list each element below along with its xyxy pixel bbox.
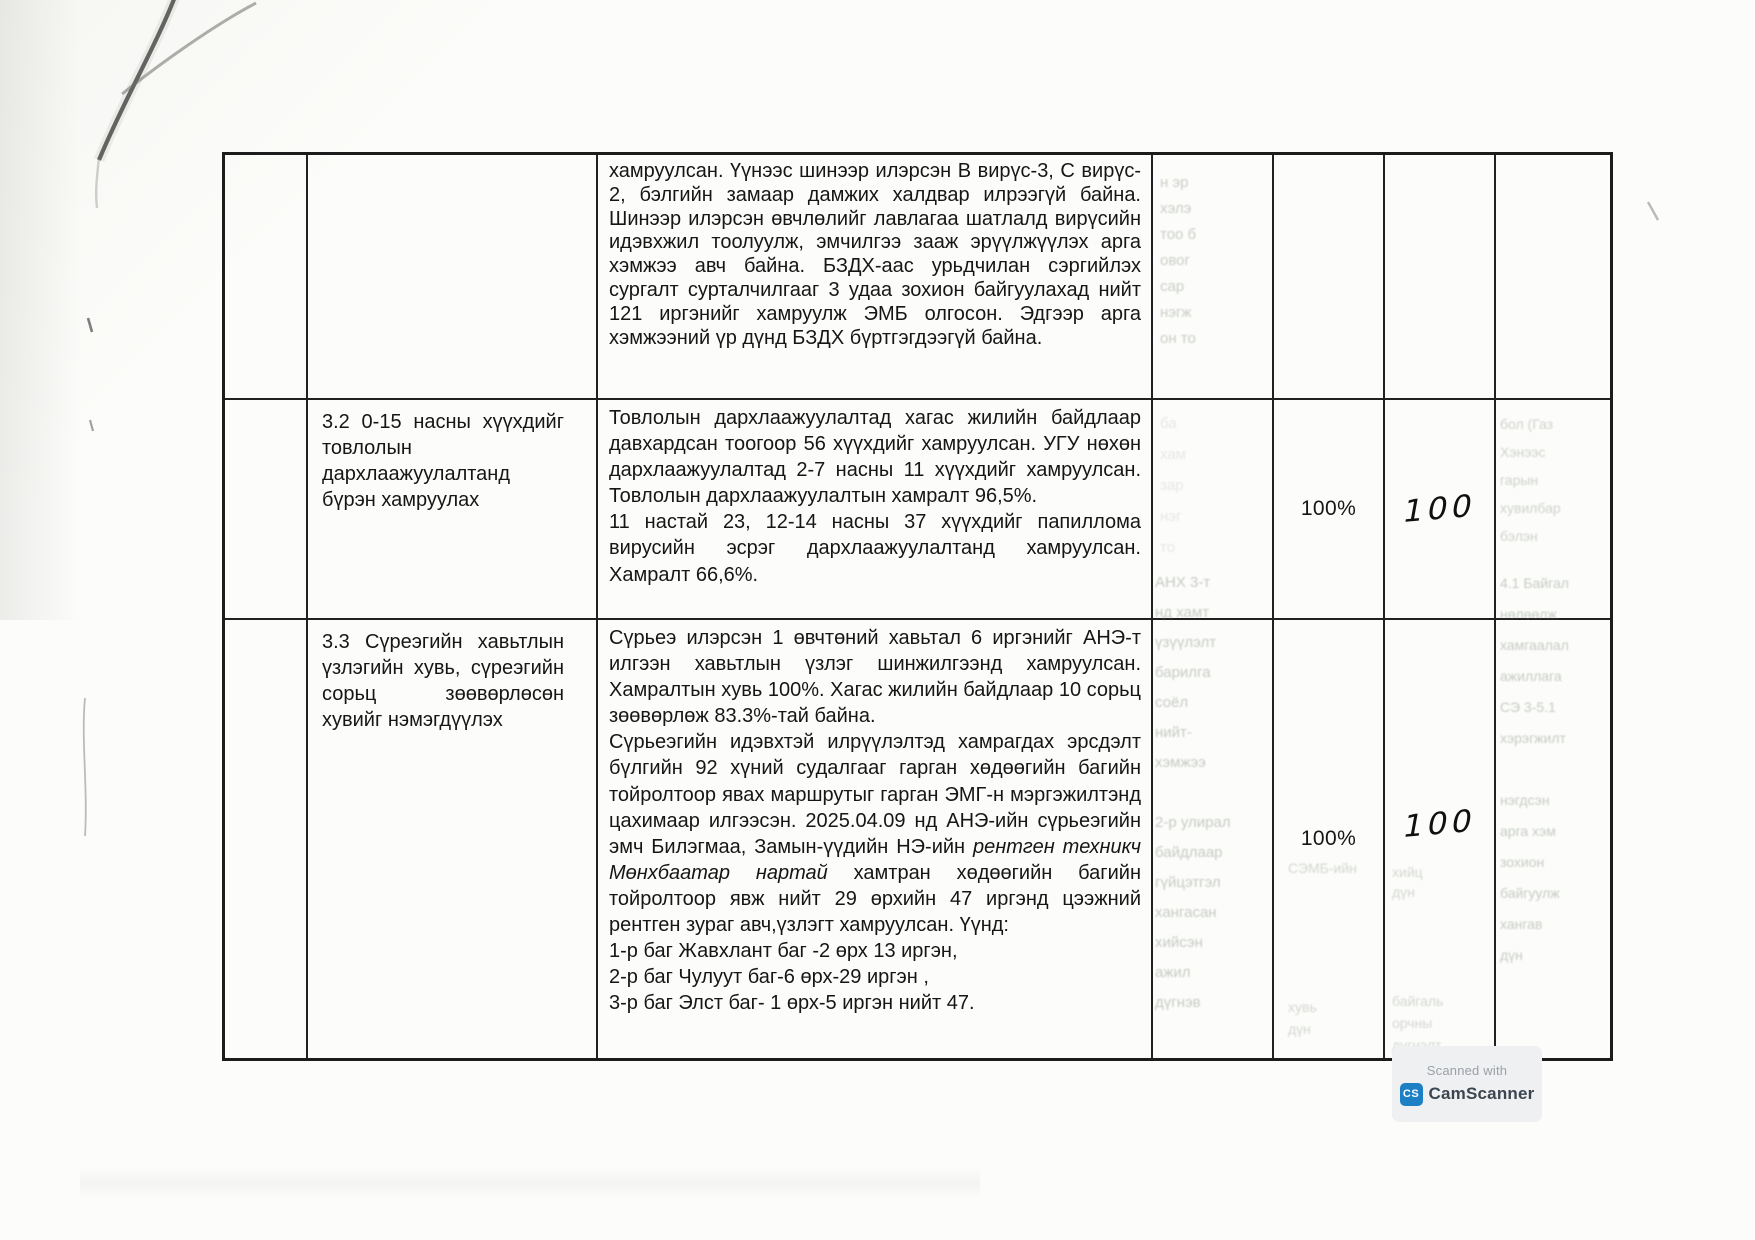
empty-cell: [1153, 400, 1274, 620]
details-paragraph: 11 настай 23, 12-14 насны 37 хүүхдийг па…: [609, 509, 1141, 587]
details-paragraph: 1-р баг Жавхлант баг -2 өрх 13 иргэн,: [609, 938, 1141, 964]
target-percent-cell: 100%: [1274, 400, 1385, 620]
details-paragraph: 2-р баг Чулуут баг-6 өрх-29 иргэн ,: [609, 964, 1141, 990]
handwritten-score-value: 100: [1400, 488, 1479, 530]
report-table: хамруулсан. Үүнээс шинээр илэрсэн В вирү…: [222, 152, 1613, 1061]
empty-cell: [1496, 155, 1610, 400]
handwritten-score-cell: 100: [1385, 400, 1496, 620]
details-paragraph: 3-р баг Элст баг- 1 өрх-5 иргэн нийт 47.: [609, 990, 1141, 1016]
details-cell: Товлолын дархлаажуулалтад хагас жилийн б…: [598, 400, 1153, 620]
scanned-with-label: Scanned with: [1427, 1063, 1507, 1078]
details-paragraph: Сүрьеэгийн идэвхтэй илрүүлэлтэд хамрагда…: [609, 729, 1141, 938]
camscanner-logo-text: CS: [1403, 1088, 1419, 1100]
margin-marks: [70, 300, 110, 860]
task-cell: 3.2 0-15 насны хүүхдийг товлолын дархлаа…: [308, 400, 598, 620]
empty-cell: [1496, 620, 1610, 1058]
camscanner-watermark: Scanned with CS CamScanner: [1392, 1046, 1542, 1122]
scanned-document-page: хамруулсан. Үүнээс шинээр илэрсэн В вирү…: [0, 0, 1755, 1240]
camscanner-brand-name: CamScanner: [1429, 1084, 1535, 1104]
camscanner-brand-row: CS CamScanner: [1400, 1083, 1535, 1106]
details-cell: Сүрьеэ илэрсэн 1 өвчтөний хавьтал 6 иргэ…: [598, 620, 1153, 1058]
task-label: 3.3 Сүреэгийн хавьтлын үзлэгийн хувь, сү…: [322, 629, 564, 733]
scan-edge-shadow: [0, 0, 80, 620]
task-cell: [308, 155, 598, 400]
camscanner-logo-icon: CS: [1400, 1083, 1423, 1106]
target-percent-cell: 100%: [1274, 620, 1385, 1058]
row-number-cell: [225, 400, 308, 620]
target-percent-cell: [1274, 155, 1385, 400]
row-number-cell: [225, 620, 308, 1058]
details-paragraph: Товлолын дархлаажуулалтад хагас жилийн б…: [609, 405, 1141, 509]
details-paragraph: Сүрьеэ илэрсэн 1 өвчтөний хавьтал 6 иргэ…: [609, 625, 1141, 729]
empty-cell: [1153, 155, 1274, 400]
row-number-cell: [225, 155, 308, 400]
handwritten-score-cell: [1385, 155, 1496, 400]
scan-bottom-shadow: [80, 1168, 980, 1198]
task-label: 3.2 0-15 насны хүүхдийг товлолын дархлаа…: [322, 409, 564, 513]
empty-cell: [1496, 400, 1610, 620]
percent-typed-value: 100%: [1301, 827, 1356, 851]
task-cell: 3.3 Сүреэгийн хавьтлын үзлэгийн хувь, сү…: [308, 620, 598, 1058]
percent-typed-value: 100%: [1301, 497, 1356, 521]
right-margin-mark: [1640, 196, 1670, 236]
empty-cell: [1153, 620, 1274, 1058]
handwritten-score-value: 100: [1400, 803, 1479, 845]
details-paragraph: хамруулсан. Үүнээс шинээр илэрсэн В вирү…: [609, 160, 1141, 350]
details-cell: хамруулсан. Үүнээс шинээр илэрсэн В вирү…: [598, 155, 1153, 400]
handwritten-score-cell: 100: [1385, 620, 1496, 1058]
